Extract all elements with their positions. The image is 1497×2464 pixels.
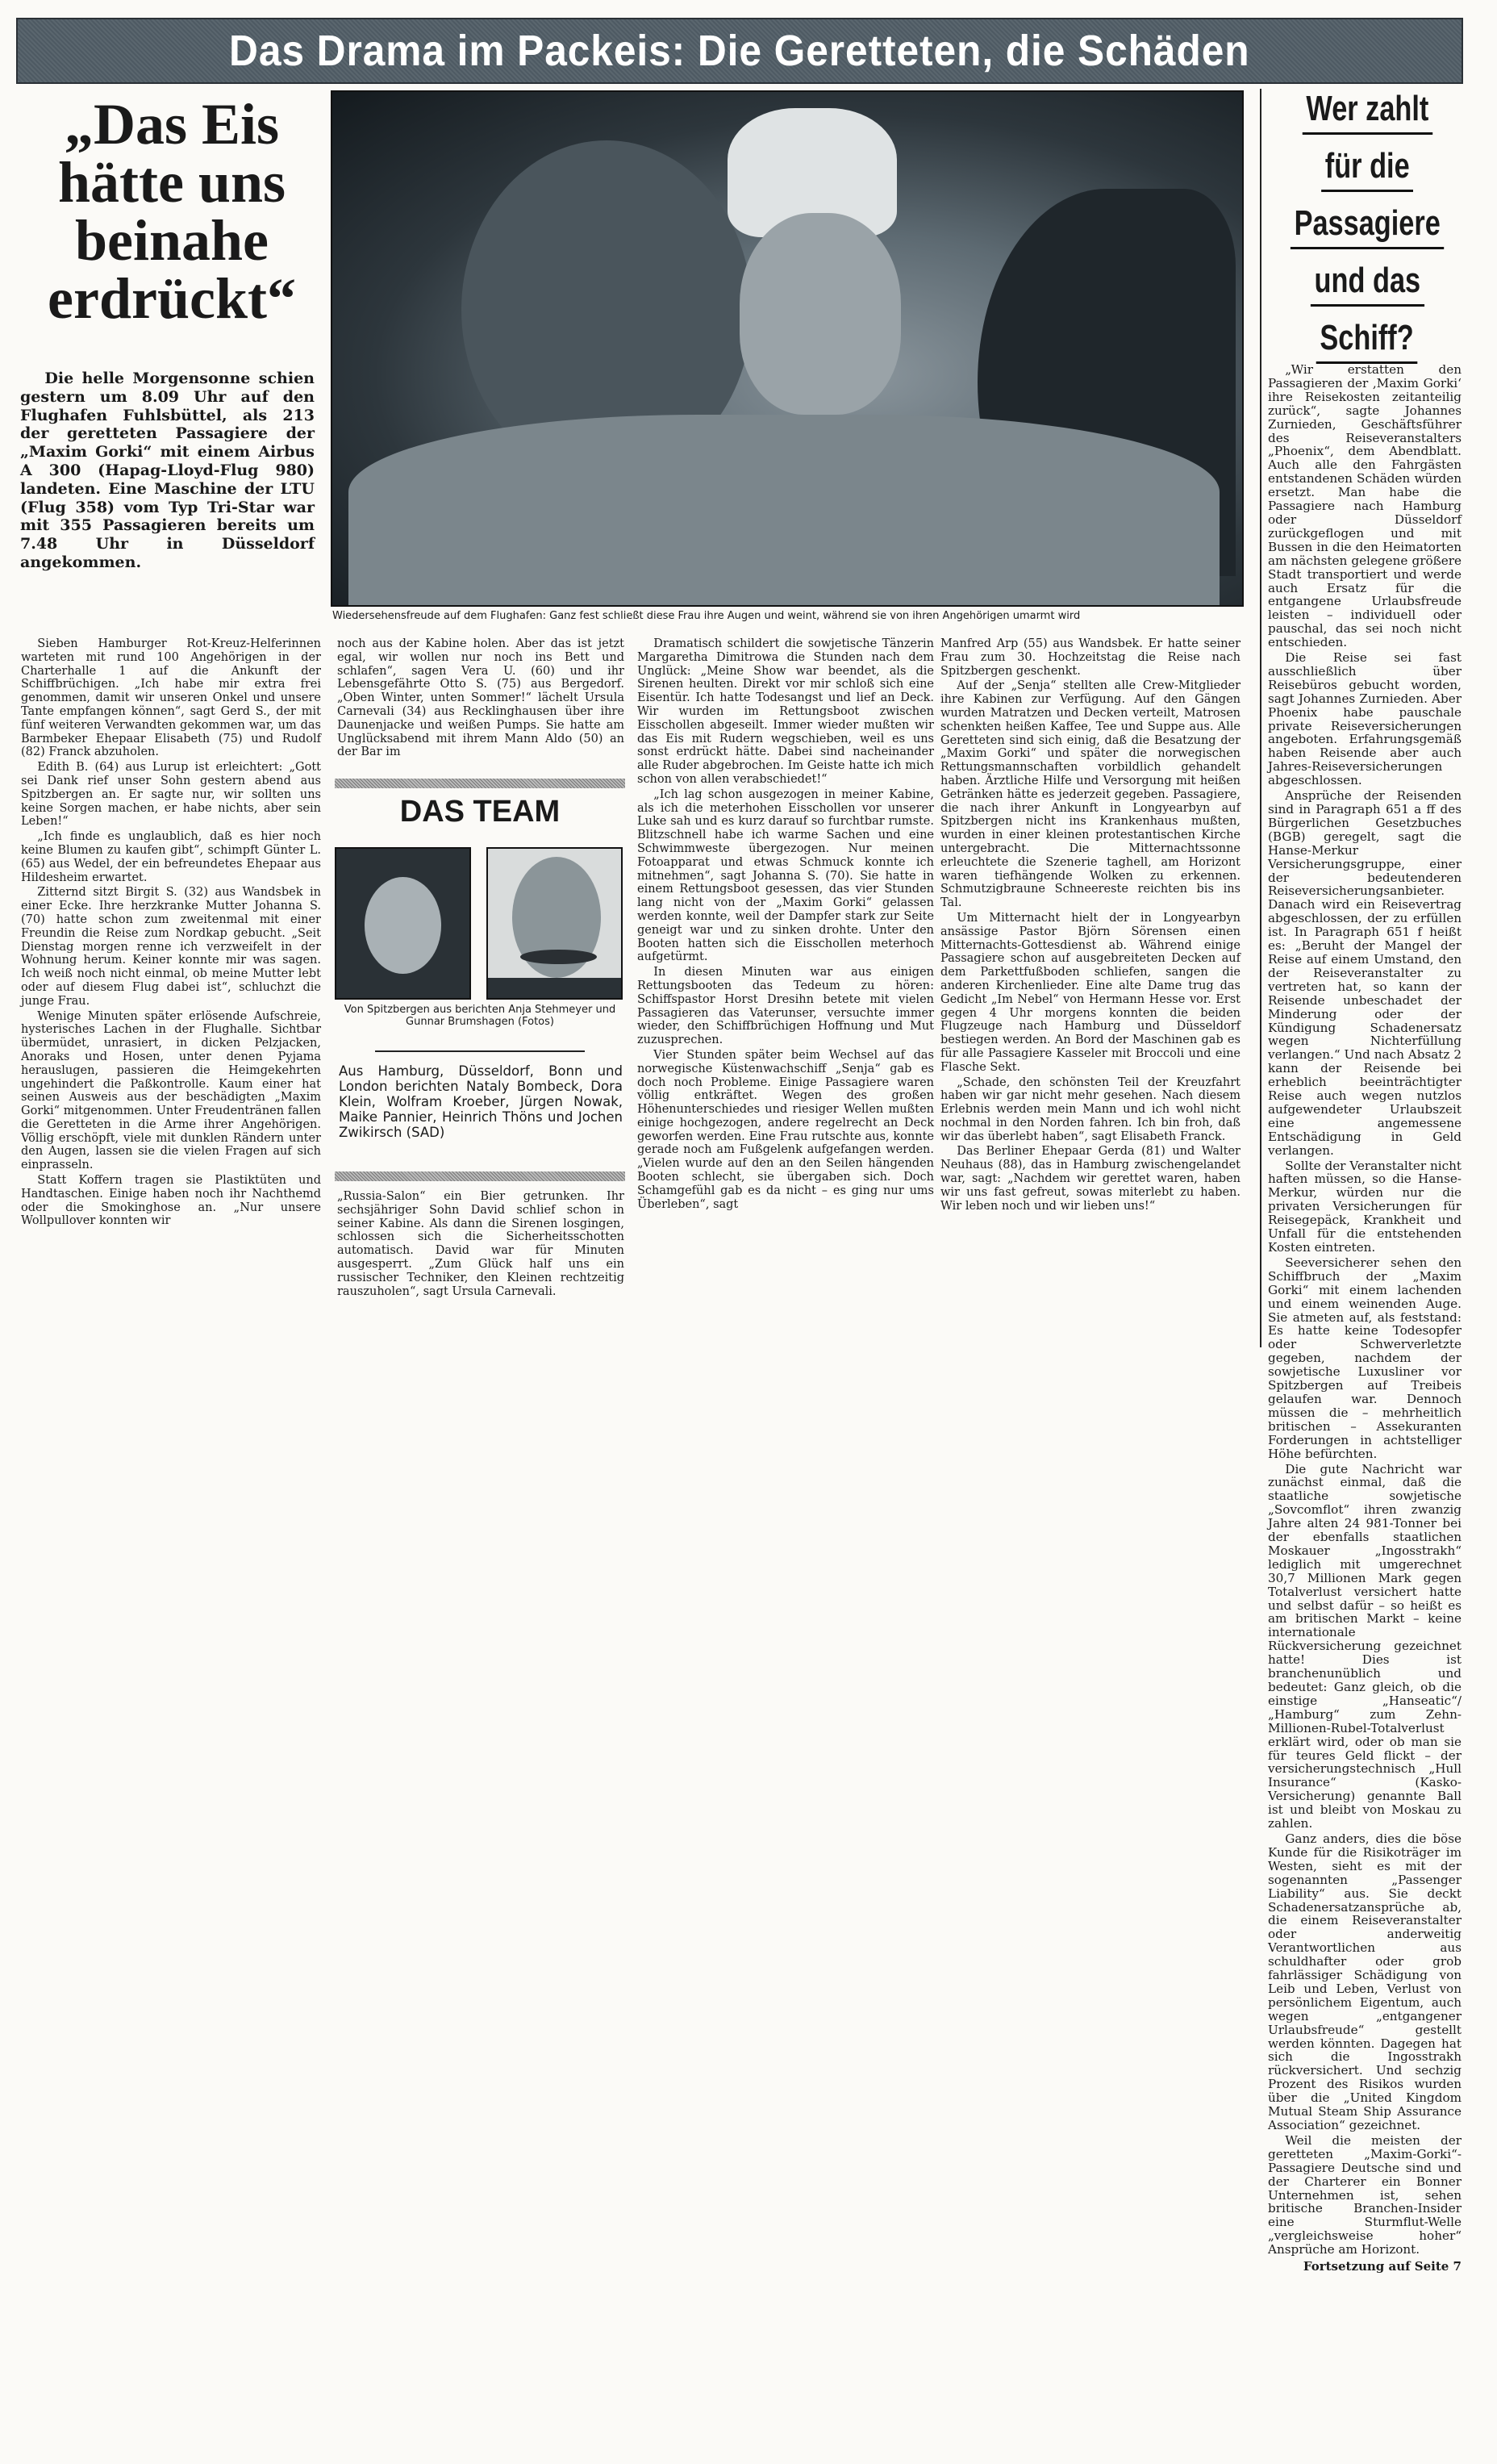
- photo-shape: [348, 415, 1220, 607]
- side-headline-line: Passagiere: [1291, 203, 1445, 249]
- team-photo-caption: Von Spitzbergen aus berichten Anja Stehm…: [335, 1004, 625, 1028]
- portrait-photographer: [486, 847, 623, 1000]
- main-photo: [331, 90, 1244, 607]
- paragraph: Edith B. (64) aus Lurup ist erleichtert:…: [21, 761, 321, 829]
- paragraph: „Wir erstatten den Passagieren der ‚Maxi…: [1268, 363, 1462, 649]
- paragraph: „Ich lag schon ausgezogen in meiner Kabi…: [637, 788, 934, 964]
- paragraph: Auf der „Senja“ stellten alle Crew-Mitgl…: [940, 679, 1241, 910]
- paragraph: Die Reise sei fast ausschließlich über R…: [1268, 651, 1462, 787]
- side-article-body: „Wir erstatten den Passagieren der ‚Maxi…: [1268, 363, 1462, 2274]
- lead-paragraph: Die helle Morgensonne schien gestern um …: [20, 370, 315, 572]
- paragraph: Ansprüche der Reisenden sind in Paragrap…: [1268, 789, 1462, 1157]
- paragraph: „Ich finde es unglaublich, daß es hier n…: [21, 830, 321, 884]
- portrait-face: [365, 877, 441, 974]
- team-box-title: DAS TEAM: [335, 795, 625, 829]
- article-column-2-top: noch aus der Kabine holen. Aber das ist …: [337, 637, 624, 759]
- main-headline: „Das Eis hätte uns beinahe erdrückt“: [23, 95, 321, 328]
- article-column-3: Dramatisch schildert die sowjetische Tän…: [637, 637, 934, 1211]
- paragraph: Weil die meisten der geretteten „Maxim-G…: [1268, 2134, 1462, 2257]
- paragraph: In diesen Minuten war aus einigen Rettun…: [637, 966, 934, 1047]
- paragraph: Das Berliner Ehepaar Gerda (81) und Walt…: [940, 1145, 1241, 1213]
- lead-text: Die helle Morgensonne schien gestern um …: [20, 370, 315, 572]
- team-box-bottom-divider: [335, 1171, 625, 1181]
- column-divider: [1260, 89, 1261, 1347]
- side-headline-line: Schiff?: [1316, 318, 1418, 364]
- team-box-divider: [375, 1050, 585, 1052]
- page-banner: Das Drama im Packeis: Die Geretteten, di…: [16, 18, 1463, 84]
- side-headline: Wer zahlt für die Passagiere und das Sch…: [1266, 89, 1468, 375]
- banner-title: Das Drama im Packeis: Die Geretteten, di…: [229, 26, 1250, 76]
- paragraph: „Russia-Salon“ ein Bier getrunken. Ihr s…: [337, 1190, 624, 1298]
- side-headline-line: für die: [1321, 146, 1413, 192]
- article-column-2-bottom: „Russia-Salon“ ein Bier getrunken. Ihr s…: [337, 1190, 624, 1298]
- portrait-detail: [520, 950, 597, 964]
- paragraph: Wenige Minuten später erlösende Aufschre…: [21, 1010, 321, 1173]
- paragraph: Dramatisch schildert die sowjetische Tän…: [637, 637, 934, 787]
- paragraph: Vier Stunden später beim Wechsel auf das…: [637, 1049, 934, 1212]
- portrait-detail: [488, 978, 621, 1000]
- photo-shape: [740, 213, 901, 415]
- paragraph: noch aus der Kabine holen. Aber das ist …: [337, 637, 624, 759]
- continuation-link[interactable]: Fortsetzung auf Seite 7: [1268, 2260, 1462, 2274]
- paragraph: Sollte der Veranstalter nicht haften müs…: [1268, 1159, 1462, 1255]
- portrait-reporter: [335, 847, 471, 1000]
- paragraph: Um Mitternacht hielt der in Longyearbyn …: [940, 912, 1241, 1075]
- paragraph: Seeversicherer sehen den Schiffbruch der…: [1268, 1256, 1462, 1461]
- paragraph: Statt Koffern tragen sie Plastiktüten un…: [21, 1174, 321, 1228]
- team-box-top-divider: [335, 779, 625, 788]
- team-credits: Aus Hamburg, Düsseldorf, Bonn und London…: [339, 1063, 623, 1140]
- paragraph: Die gute Nachricht war zunächst einmal, …: [1268, 1463, 1462, 1831]
- side-headline-line: und das: [1311, 261, 1424, 307]
- side-headline-line: Wer zahlt: [1302, 89, 1432, 135]
- article-column-1: Sieben Hamburger Rot-Kreuz-Helferinnen w…: [21, 637, 321, 1228]
- paragraph: „Schade, den schönsten Teil der Kreuzfah…: [940, 1076, 1241, 1144]
- paragraph: Zitternd sitzt Birgit S. (32) aus Wandsb…: [21, 886, 321, 1008]
- paragraph: Ganz anders, dies die böse Kunde für die…: [1268, 1832, 1462, 2132]
- photo-caption: Wiedersehensfreude auf dem Flughafen: Ga…: [332, 610, 1244, 623]
- article-column-4: Manfred Arp (55) aus Wandsbek. Er hatte …: [940, 637, 1241, 1213]
- paragraph: Manfred Arp (55) aus Wandsbek. Er hatte …: [940, 637, 1241, 678]
- paragraph: Sieben Hamburger Rot-Kreuz-Helferinnen w…: [21, 637, 321, 759]
